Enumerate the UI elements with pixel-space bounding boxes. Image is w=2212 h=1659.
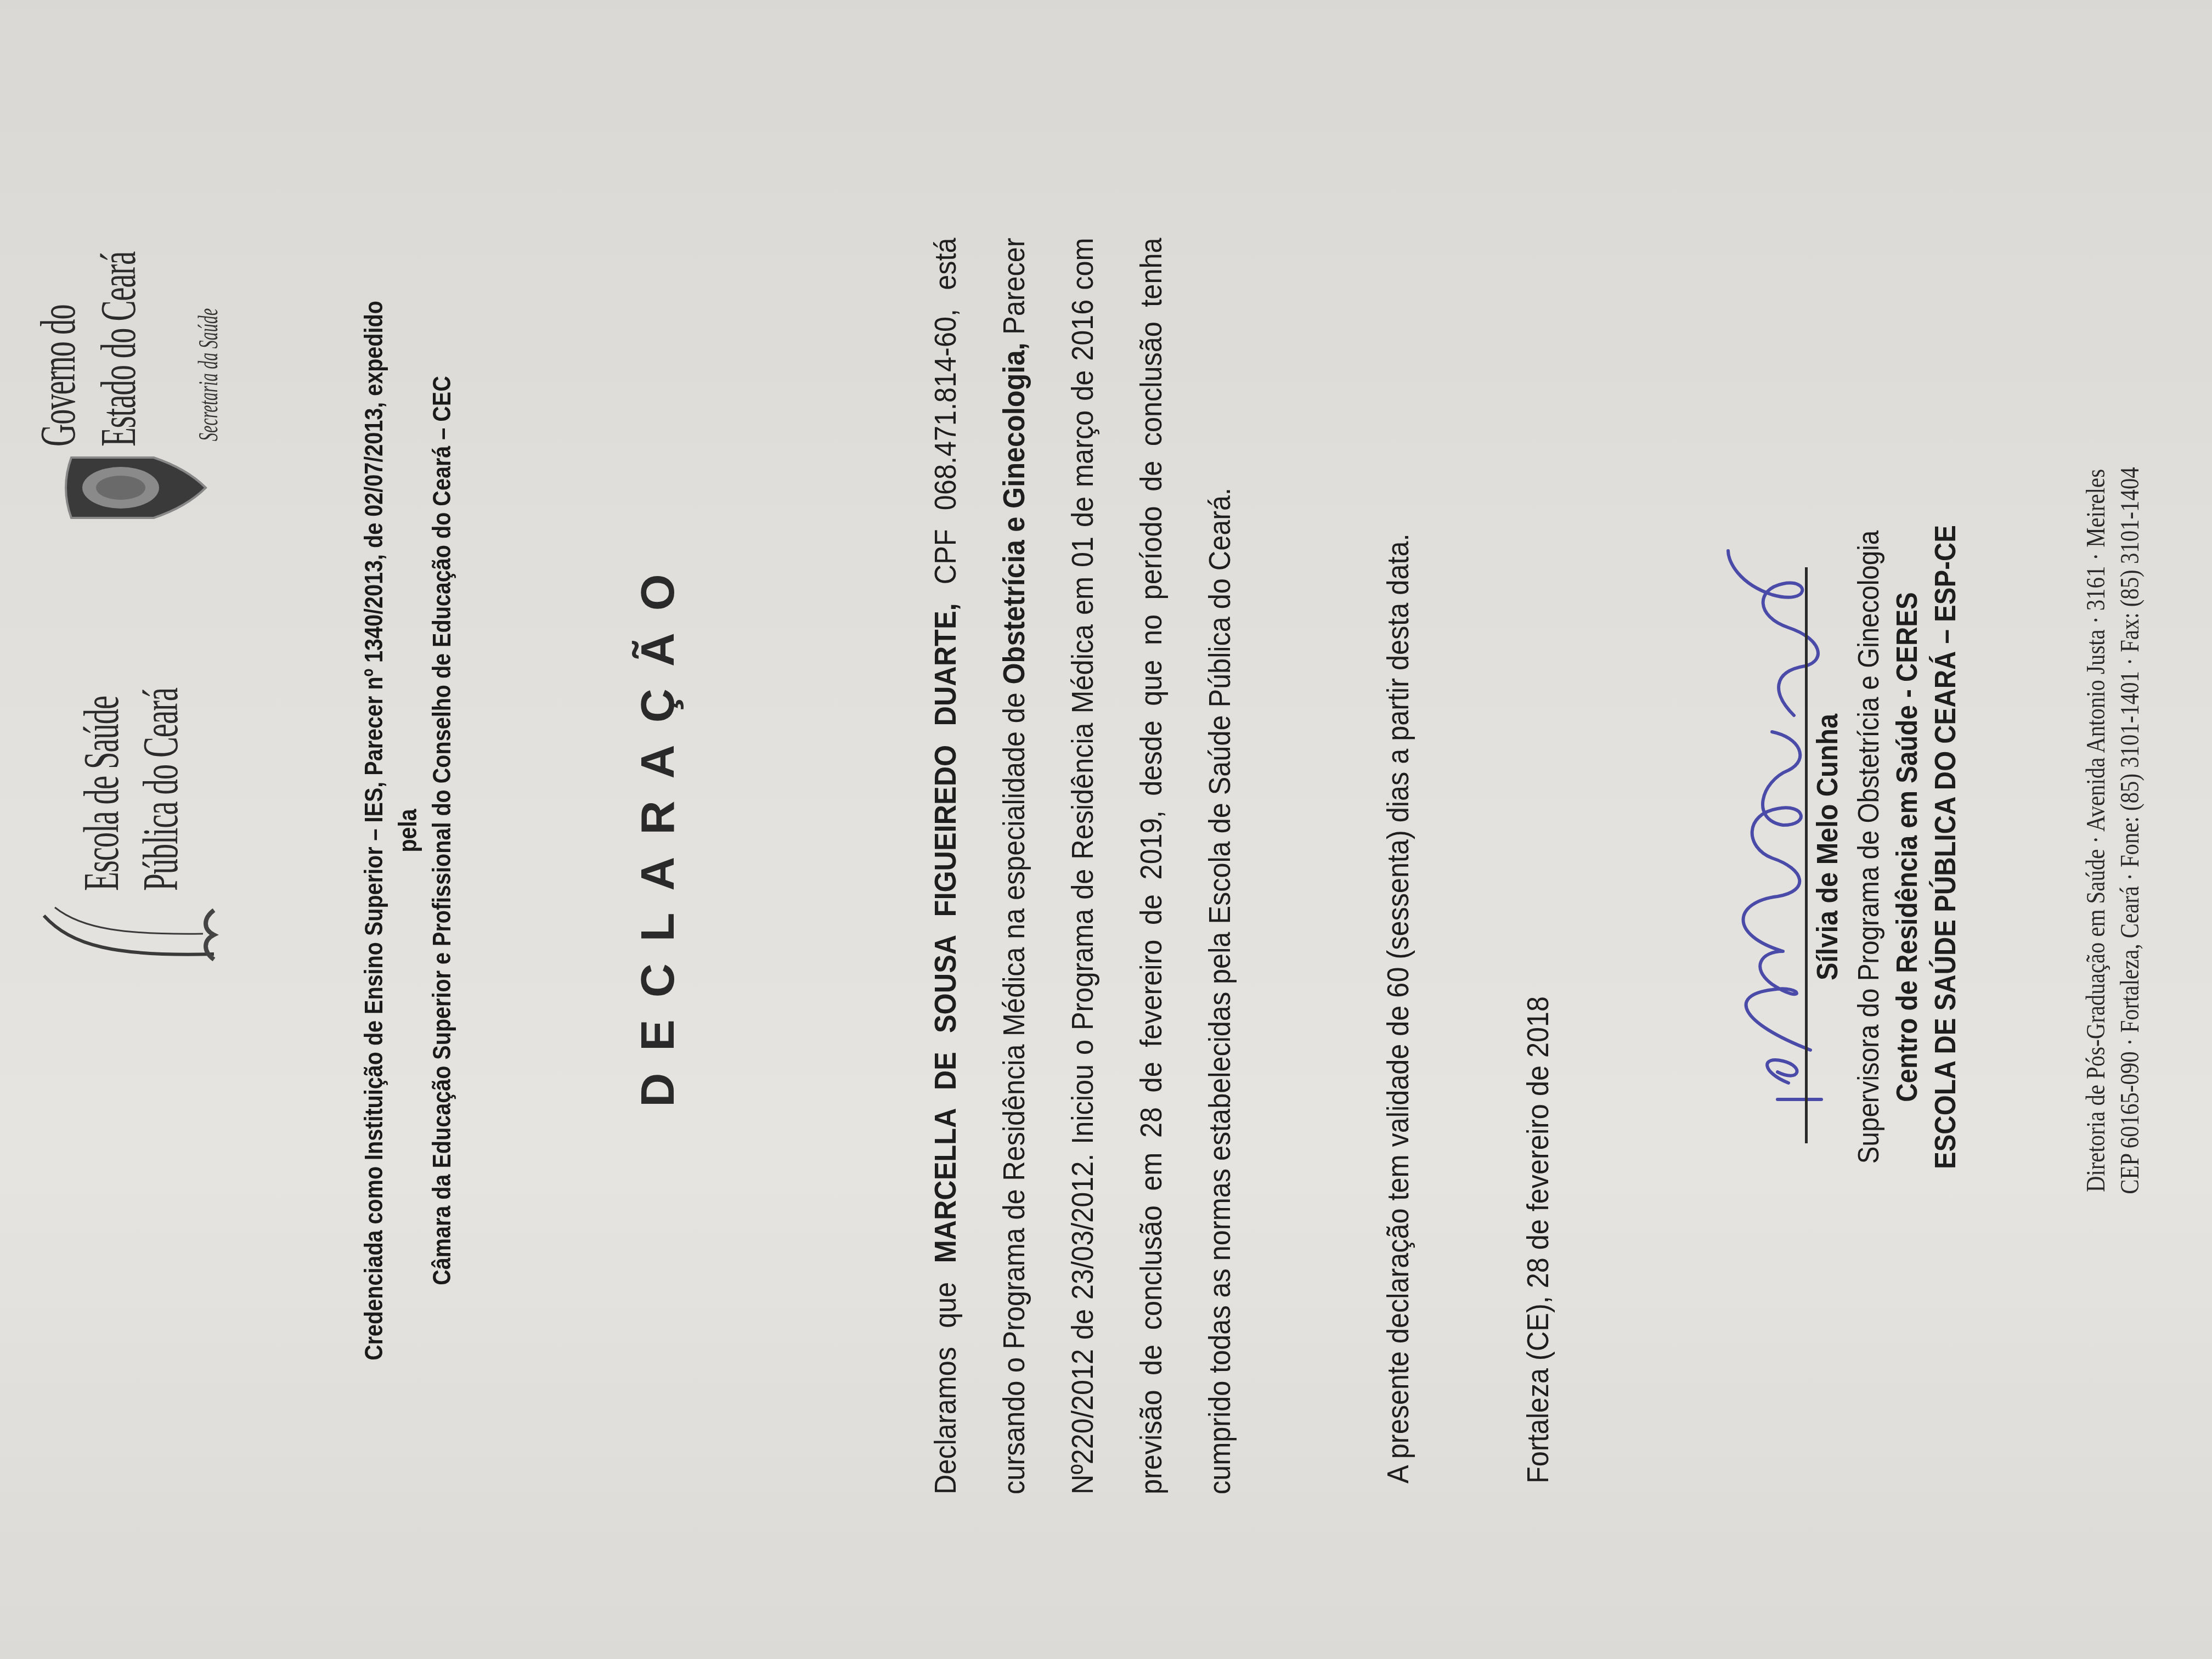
body-rest: Parecer Nº220/2012 de 23/03/2012. Inicio… (996, 238, 1237, 1494)
gov-logo-subtitle: Secretaria da Saúde (192, 308, 224, 441)
state-crest-icon (60, 452, 208, 523)
signature-block: Sílvia de Melo Cunha Supervisora do Prog… (1695, 463, 1980, 1176)
signer-name: Sílvia de Melo Cunha (1810, 551, 1844, 1143)
gov-logo-line-1: Governo do (27, 252, 88, 447)
esp-logo-line-2: Pública do Ceará (131, 688, 190, 891)
signer-school: ESCOLA DE SAÚDE PÚBLICA DO CEARÁ – ESP-C… (1928, 509, 1962, 1185)
person-name: MARCELLA DE SOUSA FIGUEIREDO DUARTE, (928, 603, 962, 1263)
footer-line-2: CEP 60165-090 · Fortaleza, Ceará · Fone:… (2113, 388, 2147, 1274)
footer-address: Diretoria de Pós-Graduação em Saúde · Av… (2079, 388, 2147, 1274)
signature-line (1805, 567, 1808, 1143)
declaration-body: Declaramos que MARCELLA DE SOUSA FIGUEIR… (911, 238, 1254, 1495)
specialty: Obstetrícia e Ginecologia, (996, 343, 1031, 685)
accreditation-line-1: Credenciada como Instituição de Ensino S… (357, 288, 425, 1373)
esp-ce-logo: Escola de Saúde Pública do Ceará (38, 540, 225, 968)
declaration-page: Escola de Saúde Pública do Ceará Governo… (0, 0, 2212, 1659)
esp-ornament-icon (38, 902, 219, 968)
document-title: DECLARAÇÃO (631, 0, 685, 1659)
validity-statement: A presente declaração tem validade de 60… (1380, 534, 1415, 1483)
signer-center: Centro de Residência em Saúde - CERES (1890, 509, 1924, 1185)
footer-line-1: Diretoria de Pós-Graduação em Saúde · Av… (2079, 388, 2113, 1274)
place-and-date: Fortaleza (CE), 28 de fevereiro de 2018 (1520, 996, 1555, 1483)
accreditation-line-2: Câmara da Educação Superior e Profission… (425, 288, 459, 1373)
government-logo: Governo do Estado do Ceará Secretaria da… (27, 0, 236, 447)
esp-logo-line-1: Escola de Saúde (71, 688, 131, 891)
body-intro: Declaramos que (928, 1263, 962, 1494)
signer-role: Supervisora do Programa de Obstetrícia e… (1852, 509, 1886, 1185)
gov-logo-line-2: Estado do Ceará (88, 252, 148, 447)
accreditation-note: Credenciada como Instituição de Ensino S… (357, 288, 459, 1373)
